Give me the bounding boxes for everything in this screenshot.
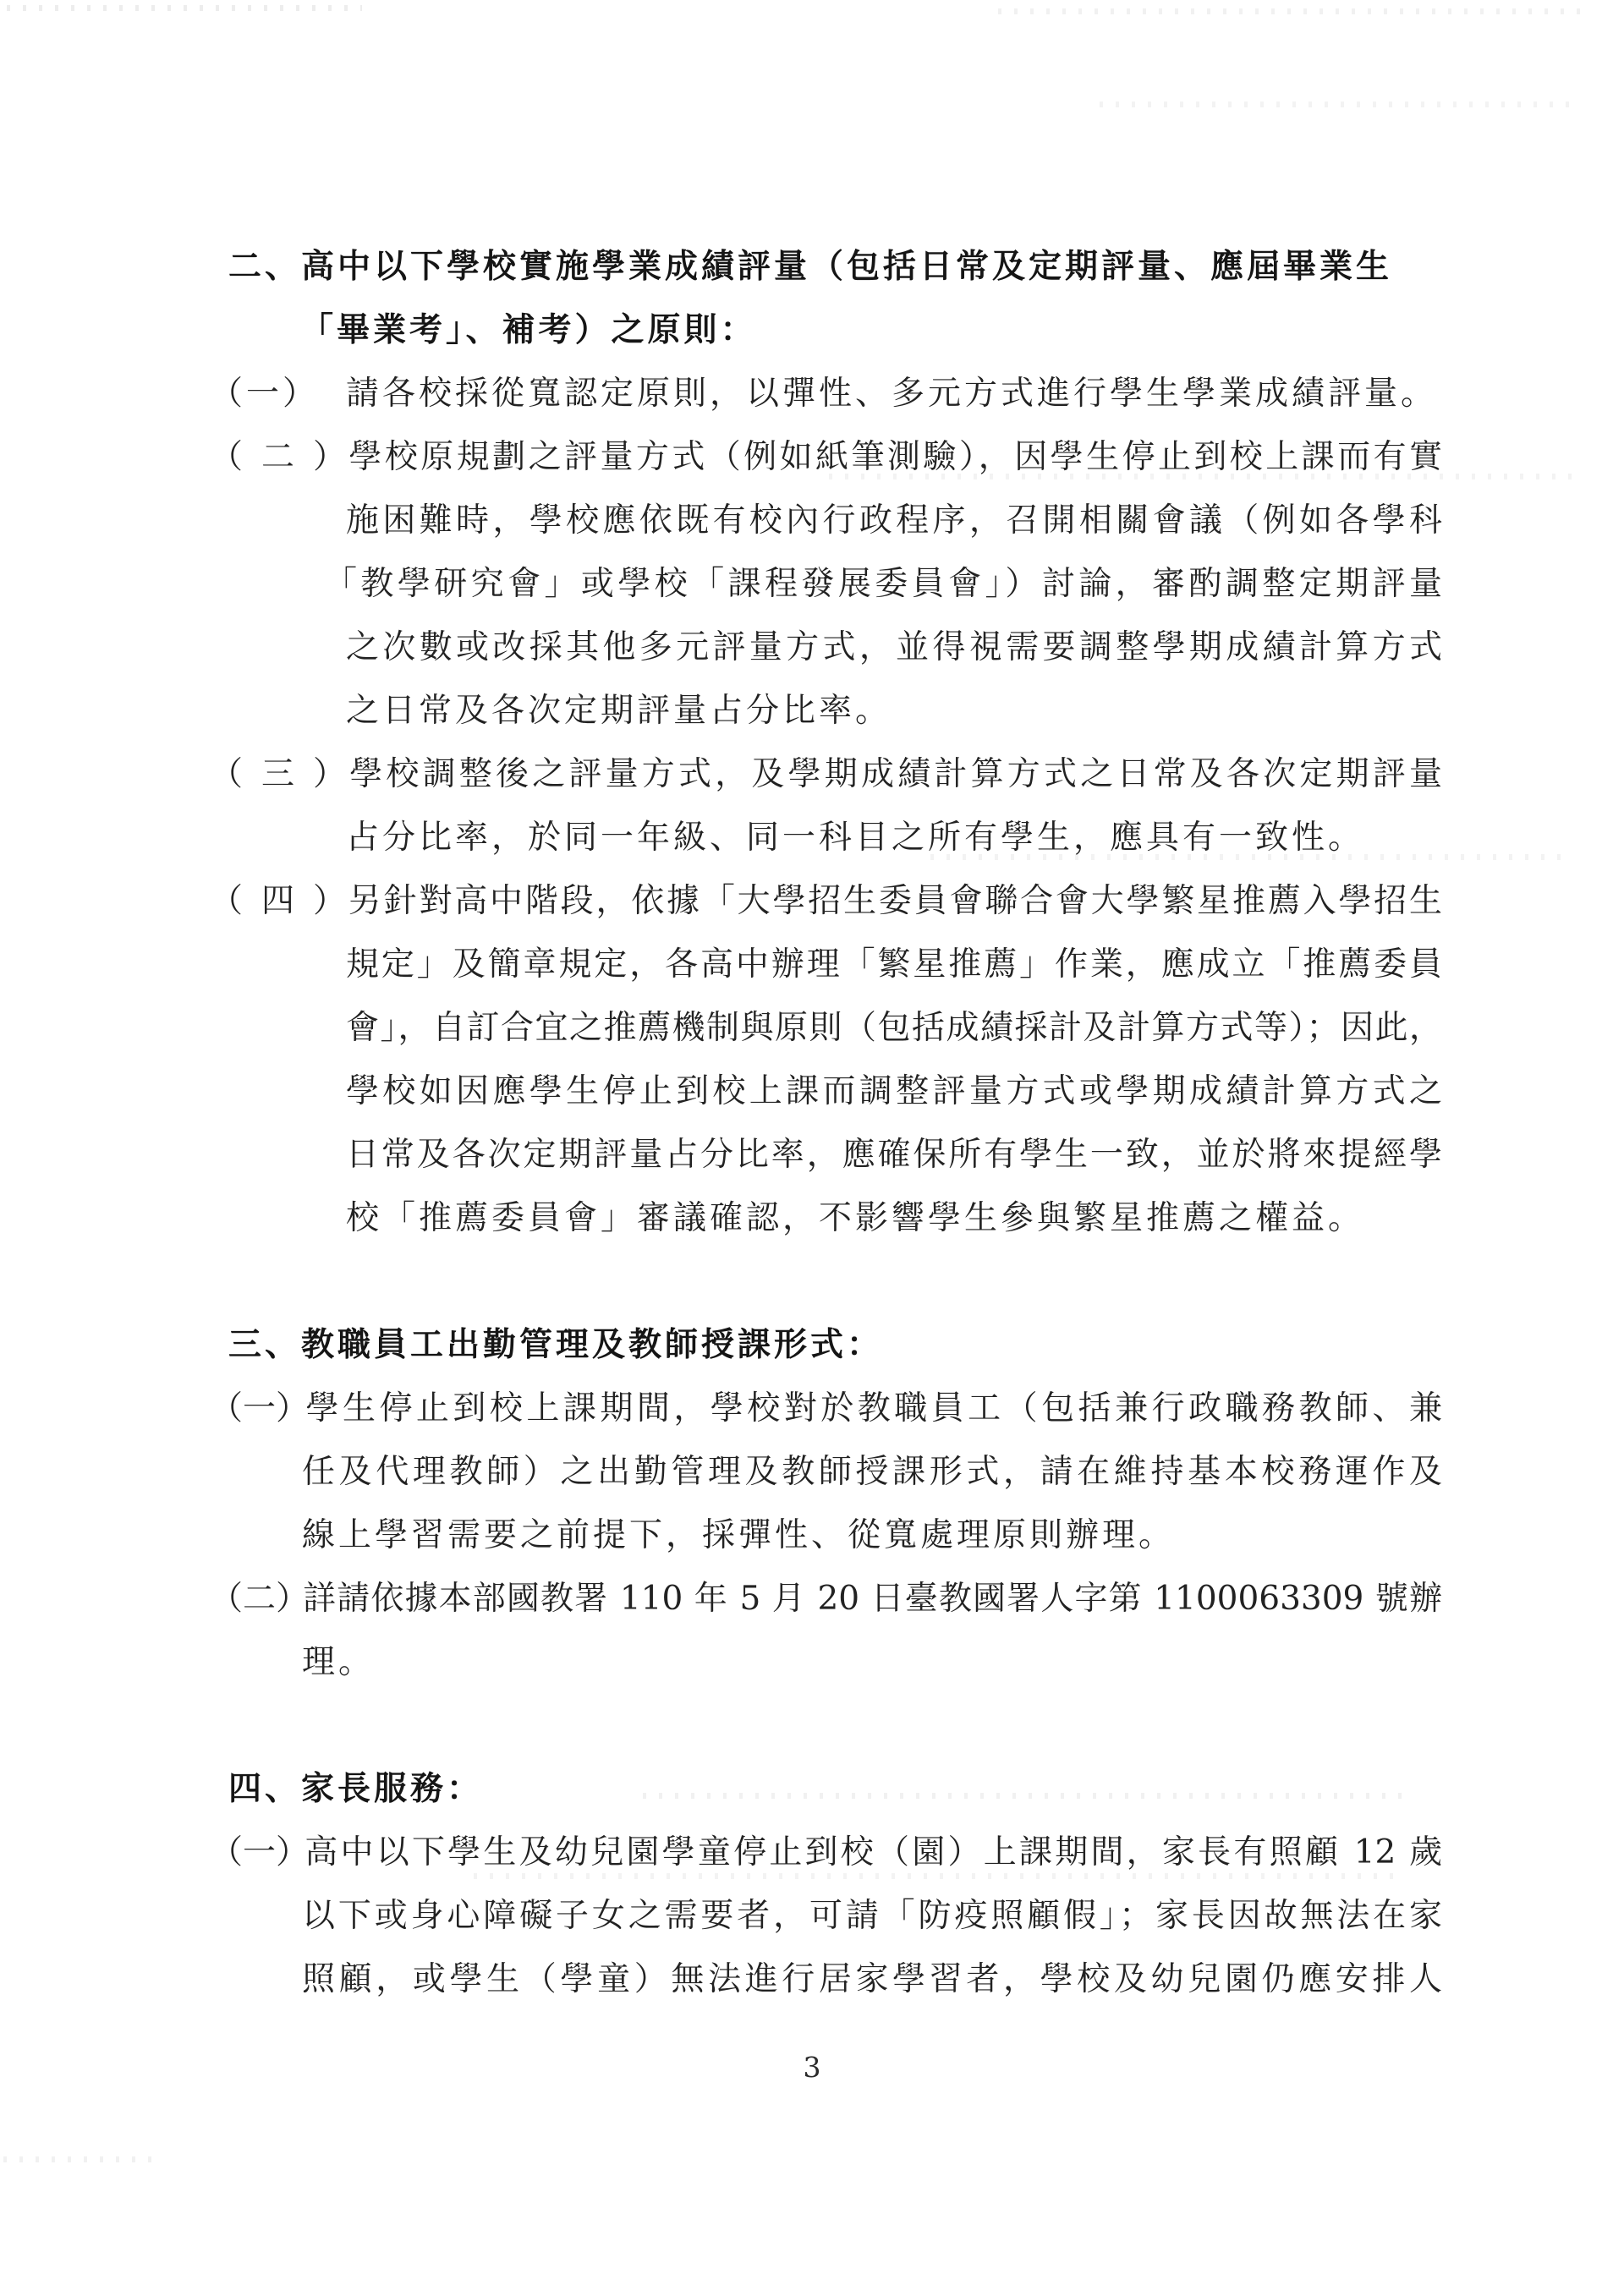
item-line: 規定」及簡章規定，各高中辦理「繁星推薦」作業，應成立「推薦委員 bbox=[210, 933, 1442, 996]
item-line: （一）高中以下學生及幼兒園學童停止到校（園）上課期間，家長有照顧 12 歲 bbox=[210, 1821, 1442, 1884]
section-spacer bbox=[210, 1694, 1442, 1757]
item-line: 任及代理教師）之出勤管理及教師授課形式，請在維持基本校務運作及 bbox=[210, 1440, 1442, 1504]
section-4-marker: 四、 bbox=[228, 1769, 301, 1808]
section-4-title: 家長服務： bbox=[301, 1769, 483, 1808]
item-line: 之日常及各次定期評量占分比率。 bbox=[210, 679, 1442, 743]
item-marker: （四） bbox=[210, 869, 346, 933]
document-page: 二、高中以下學校實施學業成績評量（包括日常及定期評量、應屆畢業生 「畢業考」、補… bbox=[0, 0, 1624, 2296]
item-marker: （一） bbox=[210, 1377, 302, 1440]
item-text: 學校原規劃之評量方式（例如紙筆測驗），因學生停止到校上課而有實 bbox=[346, 438, 1442, 476]
section-3-title: 教職員工出勤管理及教師授課形式： bbox=[301, 1325, 883, 1364]
item-text: 詳請依據本部國教署 110 年 5 月 20 日臺教國署人字第 11000633… bbox=[302, 1580, 1442, 1618]
section-3-heading: 三、教職員工出勤管理及教師授課形式： bbox=[210, 1313, 1442, 1377]
item-marker: （二） bbox=[210, 425, 346, 489]
scan-noise bbox=[3, 2156, 156, 2162]
item-line: （四）另針對高中階段，依據「大學招生委員會聯合會大學繁星推薦入學招生 bbox=[210, 869, 1442, 933]
item-text: 另針對高中階段，依據「大學招生委員會聯合會大學繁星推薦入學招生 bbox=[346, 882, 1442, 920]
item-line: 線上學習需要之前提下，採彈性、從寬處理原則辦理。 bbox=[210, 1504, 1442, 1567]
page-number: 3 bbox=[0, 2051, 1624, 2084]
section-3-marker: 三、 bbox=[228, 1325, 301, 1364]
item-line: 照顧，或學生（學童）無法進行居家學習者，學校及幼兒園仍應安排人 bbox=[210, 1948, 1442, 2011]
item-marker: （三） bbox=[210, 743, 346, 806]
item-line: （二）詳請依據本部國教署 110 年 5 月 20 日臺教國署人字第 11000… bbox=[210, 1567, 1442, 1630]
section-4-heading: 四、家長服務： bbox=[210, 1757, 1442, 1821]
item-line: 理。 bbox=[210, 1630, 1442, 1694]
section-spacer bbox=[210, 1250, 1442, 1313]
item-text: 學生停止到校上課期間，學校對於教職員工（包括兼行政職務教師、兼 bbox=[302, 1389, 1442, 1427]
item-line: 以下或身心障礙子女之需要者，可請「防疫照顧假」；家長因故無法在家 bbox=[210, 1884, 1442, 1948]
scan-noise bbox=[998, 8, 1590, 14]
section-2-marker: 二、 bbox=[228, 247, 301, 286]
section-2-heading-line-1: 二、高中以下學校實施學業成績評量（包括日常及定期評量、應屆畢業生 bbox=[210, 235, 1442, 299]
item-line: 學校如因應學生停止到校上課而調整評量方式或學期成績計算方式之 bbox=[210, 1060, 1442, 1123]
item-marker: （二） bbox=[210, 1567, 302, 1630]
item-text: 請各校採從寬認定原則，以彈性、多元方式進行學生學業成績評量。 bbox=[346, 375, 1437, 413]
item-text: 學校調整後之評量方式，及學期成績計算方式之日常及各次定期評量 bbox=[346, 755, 1442, 793]
scan-noise bbox=[7, 5, 362, 11]
scan-noise bbox=[1100, 101, 1573, 107]
item-line: 「教學研究會」或學校「課程發展委員會」）討論，審酌調整定期評量 bbox=[210, 552, 1442, 616]
item-line: （二）學校原規劃之評量方式（例如紙筆測驗），因學生停止到校上課而有實 bbox=[210, 425, 1442, 489]
item-marker: （一） bbox=[210, 1821, 302, 1884]
item-line: （一）請各校採從寬認定原則，以彈性、多元方式進行學生學業成績評量。 bbox=[210, 362, 1442, 425]
item-line: 日常及各次定期評量占分比率，應確保所有學生一致，並於將來提經學 bbox=[210, 1123, 1442, 1186]
item-line: 施困難時，學校應依既有校內行政程序，召開相關會議（例如各學科 bbox=[210, 489, 1442, 552]
item-line: （三）學校調整後之評量方式，及學期成績計算方式之日常及各次定期評量 bbox=[210, 743, 1442, 806]
document-body: 二、高中以下學校實施學業成績評量（包括日常及定期評量、應屆畢業生 「畢業考」、補… bbox=[210, 235, 1442, 2011]
section-2-title: 高中以下學校實施學業成績評量（包括日常及定期評量、應屆畢業生 bbox=[301, 247, 1392, 286]
item-line: 校「推薦委員會」審議確認，不影響學生參與繁星推薦之權益。 bbox=[210, 1186, 1442, 1250]
item-line: 占分比率，於同一年級、同一科目之所有學生，應具有一致性。 bbox=[210, 806, 1442, 869]
section-2-heading-line-2: 「畢業考」、補考）之原則： bbox=[210, 299, 1442, 362]
item-marker: （一） bbox=[210, 362, 346, 425]
item-line: （一）學生停止到校上課期間，學校對於教職員工（包括兼行政職務教師、兼 bbox=[210, 1377, 1442, 1440]
item-line: 之次數或改採其他多元評量方式，並得視需要調整學期成績計算方式 bbox=[210, 616, 1442, 679]
item-line: 會」，自訂合宜之推薦機制與原則（包括成績採計及計算方式等）；因此， bbox=[210, 996, 1442, 1060]
item-text: 高中以下學生及幼兒園學童停止到校（園）上課期間，家長有照顧 12 歲 bbox=[302, 1833, 1442, 1871]
